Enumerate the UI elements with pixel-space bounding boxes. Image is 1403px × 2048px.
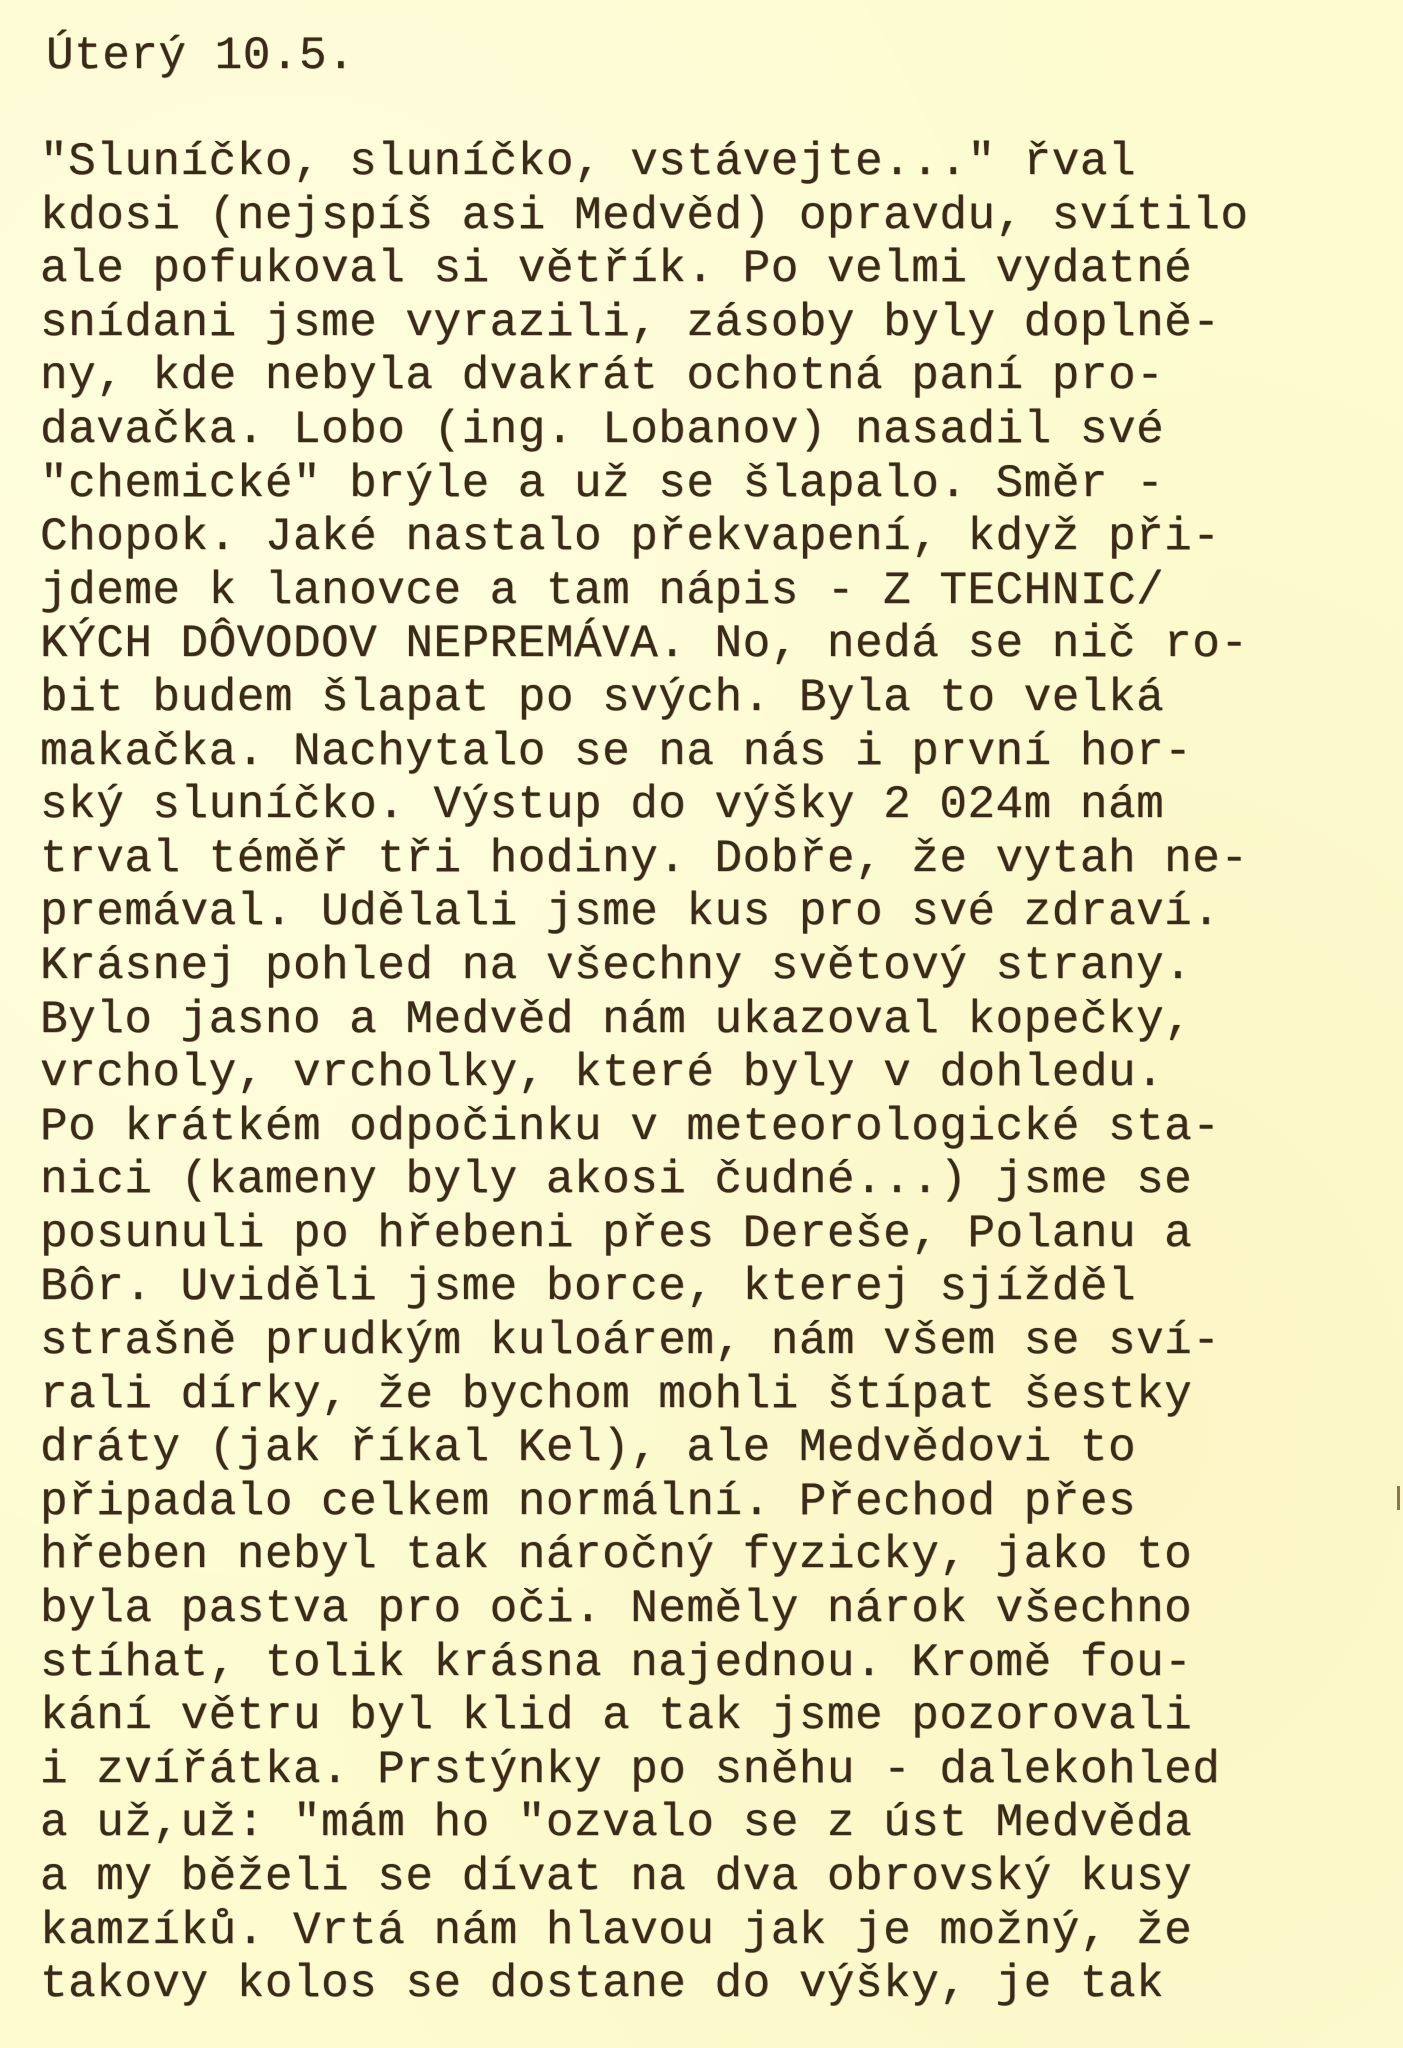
diary-date-heading: Úterý 10.5. (46, 26, 355, 86)
text-line: i zvířátka. Prstýnky po sněhu - dalekohl… (40, 1744, 1249, 1798)
text-line: "chemické" brýle a už se šlapalo. Směr - (40, 458, 1249, 512)
text-line: Po krátkém odpočinku v meteorologické st… (40, 1101, 1249, 1155)
text-line: trval téměř tři hodiny. Dobře, že vytah … (40, 833, 1249, 887)
text-line: ny, kde nebyla dvakrát ochotná paní pro- (40, 350, 1249, 404)
text-line: hřeben nebyl tak náročný fyzicky, jako t… (40, 1529, 1249, 1583)
text-line: stíhat, tolik krásna najednou. Kromě fou… (40, 1637, 1249, 1691)
text-line: a my běželi se dívat na dva obrovský kus… (40, 1851, 1249, 1905)
text-line: posunuli po hřebeni přes Dereše, Polanu … (40, 1208, 1249, 1262)
text-line: bit budem šlapat po svých. Byla to velká (40, 672, 1249, 726)
text-line: kamzíků. Vrtá nám hlavou jak je možný, ž… (40, 1905, 1249, 1959)
typewritten-page: Úterý 10.5. "Sluníčko, sluníčko, vstávej… (0, 0, 1403, 2048)
text-line: snídani jsme vyrazili, zásoby byly dopln… (40, 297, 1249, 351)
text-line: makačka. Nachytalo se na nás i první hor… (40, 726, 1249, 780)
text-line: kdosi (nejspíš asi Medvěd) opravdu, svít… (40, 190, 1249, 244)
text-line: byla pastva pro oči. Neměly nárok všechn… (40, 1583, 1249, 1637)
text-line: vrcholy, vrcholky, které byly v dohledu. (40, 1047, 1249, 1101)
text-line: Chopok. Jaké nastalo překvapení, když př… (40, 511, 1249, 565)
text-line: takovy kolos se dostane do výšky, je tak (40, 1958, 1249, 2012)
text-line: davačka. Lobo (ing. Lobanov) nasadil své (40, 404, 1249, 458)
text-line: ale pofukoval si větřík. Po velmi vydatn… (40, 243, 1249, 297)
text-line: strašně prudkým kuloárem, nám všem se sv… (40, 1315, 1249, 1369)
text-line: "Sluníčko, sluníčko, vstávejte..." řval (40, 136, 1249, 190)
text-line: a už,už: "mám ho "ozvalo se z úst Medvěd… (40, 1797, 1249, 1851)
text-line: jdeme k lanovce a tam nápis - Z TECHNIC/ (40, 565, 1249, 619)
text-line: připadalo celkem normální. Přechod přes (40, 1476, 1249, 1530)
text-line: Bôr. Uviděli jsme borce, kterej sjížděl (40, 1261, 1249, 1315)
text-line: Krásnej pohled na všechny světový strany… (40, 940, 1249, 994)
text-line: kání větru byl klid a tak jsme pozoroval… (40, 1690, 1249, 1744)
text-line: Bylo jasno a Medvěd nám ukazoval kopečky… (40, 994, 1249, 1048)
text-line: KÝCH DÔVODOV NEPREMÁVA. No, nedá se nič … (40, 618, 1249, 672)
text-line: ský sluníčko. Výstup do výšky 2 024m nám (40, 779, 1249, 833)
diary-entry-body: "Sluníčko, sluníčko, vstávejte..." řvalk… (40, 136, 1249, 2012)
text-line: nici (kameny byly akosi čudné...) jsme s… (40, 1154, 1249, 1208)
text-line: rali dírky, že bychom mohli štípat šestk… (40, 1369, 1249, 1423)
margin-ink-mark (1397, 1486, 1400, 1510)
text-line: premával. Udělali jsme kus pro své zdrav… (40, 886, 1249, 940)
text-line: dráty (jak říkal Kel), ale Medvědovi to (40, 1422, 1249, 1476)
